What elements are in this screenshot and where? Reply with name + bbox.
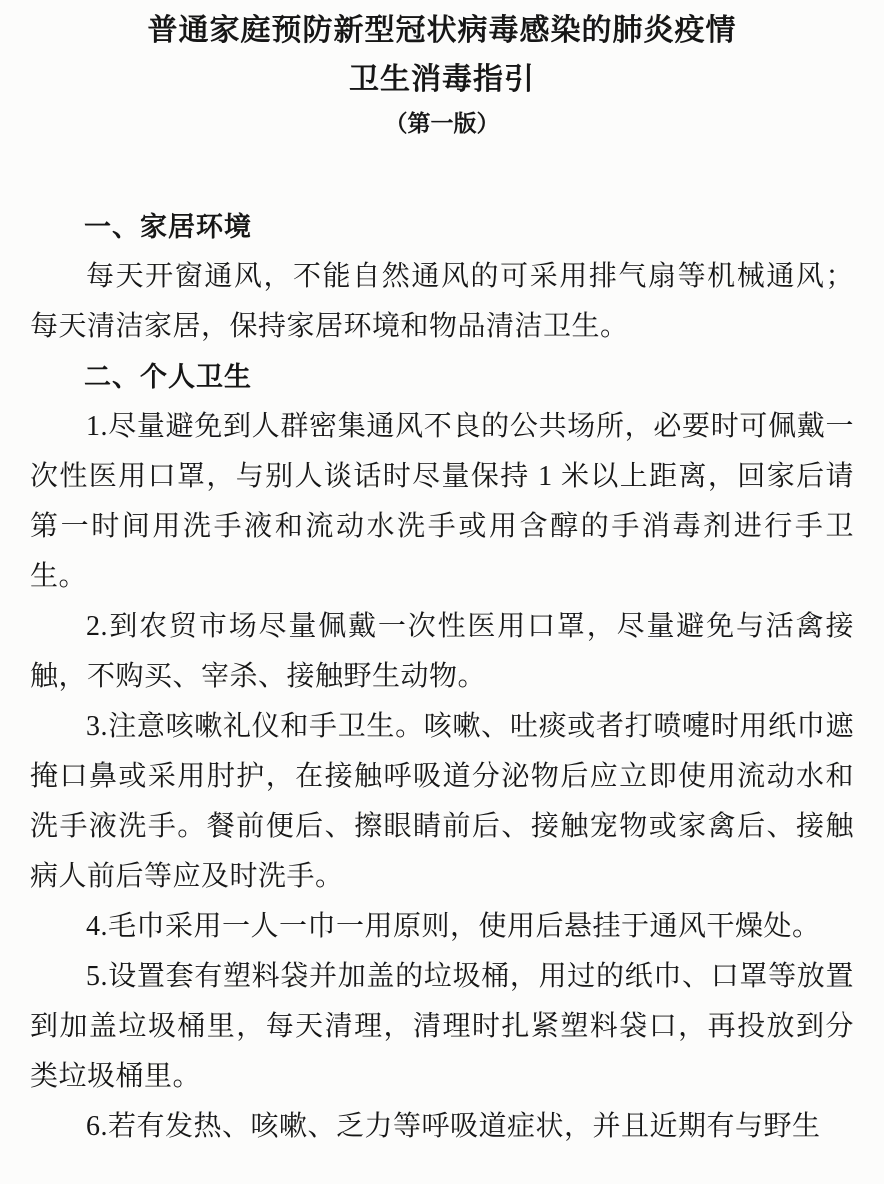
- paragraph-personal-hygiene-item-5: 5.设置套有塑料袋并加盖的垃圾桶，用过的纸巾、口罩等放置到加盖垃圾桶里，每天清理…: [30, 952, 854, 1102]
- section-heading-home-environment: 一、家居环境: [30, 202, 854, 252]
- paragraph-personal-hygiene-item-3: 3.注意咳嗽礼仪和手卫生。咳嗽、吐痰或者打喷嚏时用纸巾遮掩口鼻或采用肘护，在接触…: [30, 702, 854, 902]
- paragraph-personal-hygiene-item-1: 1.尽量避免到人群密集通风不良的公共场所，必要时可佩戴一次性医用口罩，与别人谈话…: [30, 402, 854, 602]
- document-body: 一、家居环境 每天开窗通风，不能自然通风的可采用排气扇等机械通风；每天清洁家居，…: [30, 202, 854, 1152]
- section-heading-personal-hygiene: 二、个人卫生: [30, 352, 854, 402]
- paragraph-personal-hygiene-item-6: 6.若有发热、咳嗽、乏力等呼吸道症状，并且近期有与野生: [30, 1102, 854, 1152]
- paragraph-home-environment: 每天开窗通风，不能自然通风的可采用排气扇等机械通风；每天清洁家居，保持家居环境和…: [30, 252, 854, 352]
- document-page: 普通家庭预防新型冠状病毒感染的肺炎疫情 卫生消毒指引 （第一版） 一、家居环境 …: [0, 0, 884, 1184]
- document-title-line2: 卫生消毒指引: [30, 55, 854, 104]
- document-version: （第一版）: [30, 104, 854, 144]
- paragraph-personal-hygiene-item-2: 2.到农贸市场尽量佩戴一次性医用口罩，尽量避免与活禽接触，不购买、宰杀、接触野生…: [30, 602, 854, 702]
- paragraph-personal-hygiene-item-4: 4.毛巾采用一人一巾一用原则，使用后悬挂于通风干燥处。: [30, 902, 854, 952]
- document-title-line1: 普通家庭预防新型冠状病毒感染的肺炎疫情: [30, 6, 854, 55]
